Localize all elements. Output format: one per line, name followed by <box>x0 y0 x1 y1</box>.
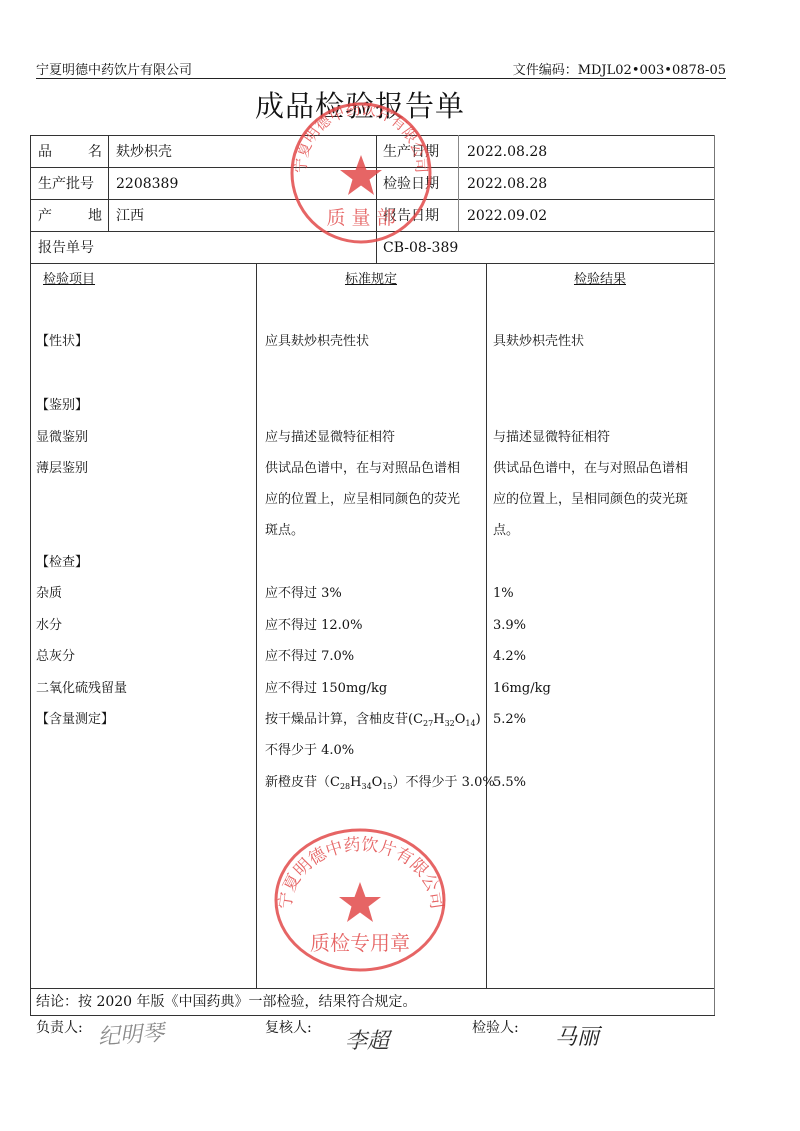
formula-suffix: ）不得少于 3.0% <box>393 775 495 790</box>
row-standard: 应不得过 7.0% <box>265 648 354 666</box>
label-char: 品 <box>38 143 52 161</box>
subscript: 32 <box>445 719 455 728</box>
formula-prefix: 新橙皮苷（C <box>265 775 340 790</box>
row-result: 与描述显微特征相符 <box>493 429 610 447</box>
row-item: 总灰分 <box>36 648 75 666</box>
subscript: 15 <box>382 782 392 791</box>
row-standard: 应不得过 150mg/kg <box>265 680 387 698</box>
row-standard: 应与描述显微特征相符 <box>265 429 395 447</box>
row-item: 二氧化硫残留量 <box>36 680 127 698</box>
subscript: 28 <box>340 782 350 791</box>
report-no-value: CB-08-389 <box>383 239 458 257</box>
row-standard-line: 应的位置上，应呈相同颜色的荧光 <box>265 491 460 509</box>
row-result: 具麸炒枳壳性状 <box>493 333 584 351</box>
batch-value: 2208389 <box>116 175 178 193</box>
row-result: 4.2% <box>493 648 526 666</box>
row-item: 【鉴别】 <box>36 397 88 415</box>
row-item: 杂质 <box>36 585 62 603</box>
report-date-label: 报告日期 <box>383 207 439 225</box>
header-divider <box>36 78 726 79</box>
label-char: 地 <box>88 207 102 225</box>
seal-center-text: 质检专用章 <box>310 931 410 955</box>
svg-text:宁夏明德中药饮片有限公司: 宁夏明德中药饮片有限公司 <box>275 835 446 911</box>
reviewer-signature: 李超 <box>345 1024 389 1055</box>
label-char: 名 <box>88 143 102 161</box>
row-result-line: 应的位置上，呈相同颜色的荧光斑 <box>493 491 688 509</box>
column-header-item: 检验项目 <box>43 271 95 289</box>
report-date-value: 2022.09.02 <box>467 207 547 225</box>
row-item: 薄层鉴别 <box>36 460 88 478</box>
formula-prefix: 按干燥品计算，含柚皮苷(C <box>265 712 423 727</box>
production-date-label: 生产日期 <box>383 143 439 161</box>
production-date-value: 2022.08.28 <box>467 143 547 161</box>
inspector-signature: 马丽 <box>555 1020 599 1051</box>
row-standard: 应具麸炒枳壳性状 <box>265 333 369 351</box>
document-code: 文件编码：MDJL02•003•0878-05 <box>513 59 726 78</box>
row-result-line: 供试品色谱中，在与对照品色谱相 <box>493 460 688 478</box>
row-result: 3.9% <box>493 617 526 635</box>
row-standard-line: 供试品色谱中，在与对照品色谱相 <box>265 460 460 478</box>
row-standard: 新橙皮苷（C28H34O15）不得少于 3.0% <box>265 774 495 796</box>
conclusion: 结论：按 2020 年版《中国药典》一部检验，结果符合规定。 <box>36 993 417 1011</box>
subscript: 14 <box>465 719 475 728</box>
row-item: 水分 <box>36 617 62 635</box>
row-item: 【性状】 <box>36 333 88 351</box>
origin-label: 产 地 <box>38 207 102 225</box>
page-title: 成品检验报告单 <box>0 84 720 125</box>
star-icon <box>339 882 381 922</box>
row-result: 1% <box>493 585 514 603</box>
row-standard: 按干燥品计算，含柚皮苷(C27H32O14) <box>265 711 481 733</box>
report-no-label: 报告单号 <box>38 239 94 257</box>
inspection-date-label: 检验日期 <box>383 175 439 193</box>
origin-value: 江西 <box>116 207 144 225</box>
row-result: 5.2% <box>493 711 526 729</box>
row-item: 显微鉴别 <box>36 429 88 447</box>
row-result: 5.5% <box>493 774 526 792</box>
row-result: 16mg/kg <box>493 680 551 698</box>
company-name: 宁夏明德中药饮片有限公司 <box>36 59 192 78</box>
row-item: 【检查】 <box>36 554 88 572</box>
product-name-label: 品 名 <box>38 143 102 161</box>
inspector-label: 检验人: <box>472 1019 519 1037</box>
product-name-value: 麸炒枳壳 <box>116 143 172 161</box>
responsible-signature: 纪明琴 <box>97 1016 165 1052</box>
row-item: 【含量测定】 <box>36 711 114 729</box>
reviewer-label: 复核人: <box>265 1019 312 1037</box>
batch-label: 生产批号 <box>38 175 94 193</box>
label-char: 产 <box>38 207 52 225</box>
responsible-label: 负责人: <box>36 1019 83 1037</box>
row-standard: 应不得过 3% <box>265 585 342 603</box>
seal-ring-text: 宁夏明德中药饮片有限公司 <box>275 835 446 911</box>
row-standard: 应不得过 12.0% <box>265 617 362 635</box>
column-header-result: 检验结果 <box>486 271 714 289</box>
row-standard-line: 斑点。 <box>265 522 304 540</box>
quality-inspection-seal: 宁夏明德中药饮片有限公司 质检专用章 <box>270 826 450 974</box>
column-header-standard: 标准规定 <box>256 271 486 289</box>
subscript: 27 <box>423 719 433 728</box>
row-standard-line: 不得少于 4.0% <box>265 742 354 760</box>
inspection-date-value: 2022.08.28 <box>467 175 547 193</box>
subscript: 34 <box>361 782 371 791</box>
row-result-line: 点。 <box>493 522 519 540</box>
